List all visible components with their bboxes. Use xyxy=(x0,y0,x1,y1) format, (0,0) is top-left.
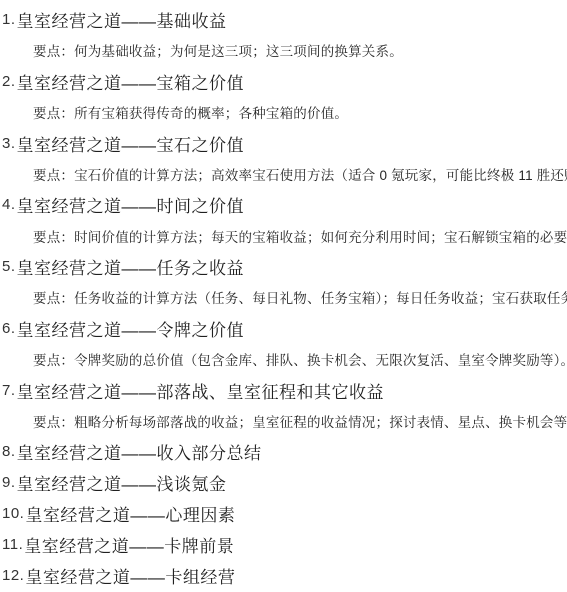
item-point: 要点：何为基础收益；为何是这三项；这三项间的换算关系。 xyxy=(2,35,563,66)
item-heading: 11.皇室经营之道——卡牌前景 xyxy=(2,529,563,560)
item-heading: 1.皇室经营之道——基础收益 xyxy=(2,4,563,35)
item-heading: 9.皇室经营之道——浅谈氪金 xyxy=(2,467,563,498)
item-number: 6. xyxy=(2,320,16,337)
item-number: 8. xyxy=(2,443,16,460)
item-title: 皇室经营之道——浅谈氪金 xyxy=(17,470,227,495)
item-point: 要点：时间价值的计算方法；每天的宝箱收益；如何充分利用时间；宝石解锁宝箱的必要条… xyxy=(2,220,563,251)
item-heading: 7.皇室经营之道——部落战、皇室征程和其它收益 xyxy=(2,375,563,406)
item-heading: 2.皇室经营之道——宝箱之价值 xyxy=(2,66,563,97)
list-item: 10.皇室经营之道——心理因素 xyxy=(2,498,563,529)
item-number: 12. xyxy=(2,567,24,584)
item-heading: 5.皇室经营之道——任务之收益 xyxy=(2,251,563,282)
item-heading: 12.皇室经营之道——卡组经营 xyxy=(2,560,563,591)
list-item: 2.皇室经营之道——宝箱之价值 要点：所有宝箱获得传奇的概率；各种宝箱的价值。 xyxy=(2,66,563,128)
item-title: 皇室经营之道——令牌之价值 xyxy=(17,316,245,341)
item-heading: 3.皇室经营之道——宝石之价值 xyxy=(2,128,563,159)
item-title: 皇室经营之道——部落战、皇室征程和其它收益 xyxy=(17,378,385,403)
item-number: 9. xyxy=(2,474,16,491)
item-title: 皇室经营之道——卡组经营 xyxy=(25,563,235,588)
document-body: 1.皇室经营之道——基础收益 要点：何为基础收益；为何是这三项；这三项间的换算关… xyxy=(0,0,567,591)
list-item: 9.皇室经营之道——浅谈氪金 xyxy=(2,467,563,498)
item-title: 皇室经营之道——收入部分总结 xyxy=(17,439,262,464)
item-point: 要点：令牌奖励的总价值（包含金库、排队、换卡机会、无限次复活、皇室令牌奖励等）。 xyxy=(2,344,563,375)
item-heading: 4.皇室经营之道——时间之价值 xyxy=(2,189,563,220)
item-title: 皇室经营之道——任务之收益 xyxy=(17,254,245,279)
list-item: 12.皇室经营之道——卡组经营 xyxy=(2,560,563,591)
item-title: 皇室经营之道——宝箱之价值 xyxy=(17,69,245,94)
item-point: 要点：所有宝箱获得传奇的概率；各种宝箱的价值。 xyxy=(2,97,563,128)
list-item: 1.皇室经营之道——基础收益 要点：何为基础收益；为何是这三项；这三项间的换算关… xyxy=(2,4,563,66)
item-number: 7. xyxy=(2,382,16,399)
item-number: 3. xyxy=(2,135,16,152)
item-number: 2. xyxy=(2,73,16,90)
list-item: 4.皇室经营之道——时间之价值 要点：时间价值的计算方法；每天的宝箱收益；如何充… xyxy=(2,189,563,251)
item-number: 4. xyxy=(2,196,16,213)
list-item: 11.皇室经营之道——卡牌前景 xyxy=(2,529,563,560)
item-title: 皇室经营之道——心理因素 xyxy=(25,501,235,526)
item-heading: 6.皇室经营之道——令牌之价值 xyxy=(2,313,563,344)
item-point: 要点：任务收益的计算方法（任务、每日礼物、任务宝箱）；每日任务收益；宝石获取任务… xyxy=(2,282,563,313)
item-heading: 10.皇室经营之道——心理因素 xyxy=(2,498,563,529)
list-item: 7.皇室经营之道——部落战、皇室征程和其它收益 要点：粗略分析每场部落战的收益；… xyxy=(2,375,563,437)
item-title: 皇室经营之道——卡牌前景 xyxy=(24,532,234,557)
list-item: 3.皇室经营之道——宝石之价值 要点：宝石价值的计算方法；高效率宝石使用方法（适… xyxy=(2,128,563,190)
list-item: 8.皇室经营之道——收入部分总结 xyxy=(2,436,563,467)
item-point: 要点：宝石价值的计算方法；高效率宝石使用方法（适合 0 氪玩家，可能比终极 11… xyxy=(2,158,563,189)
item-title: 皇室经营之道——基础收益 xyxy=(17,7,227,32)
item-number: 10. xyxy=(2,505,24,522)
item-number: 11. xyxy=(2,536,23,553)
item-number: 5. xyxy=(2,258,16,275)
item-title: 皇室经营之道——时间之价值 xyxy=(17,192,245,217)
item-title: 皇室经营之道——宝石之价值 xyxy=(17,131,245,156)
item-heading: 8.皇室经营之道——收入部分总结 xyxy=(2,436,563,467)
item-point: 要点：粗略分析每场部落战的收益；皇室征程的收益情况；探讨表情、星点、换卡机会等的… xyxy=(2,406,563,437)
list-item: 5.皇室经营之道——任务之收益 要点：任务收益的计算方法（任务、每日礼物、任务宝… xyxy=(2,251,563,313)
item-number: 1. xyxy=(2,11,16,28)
list-item: 6.皇室经营之道——令牌之价值 要点：令牌奖励的总价值（包含金库、排队、换卡机会… xyxy=(2,313,563,375)
